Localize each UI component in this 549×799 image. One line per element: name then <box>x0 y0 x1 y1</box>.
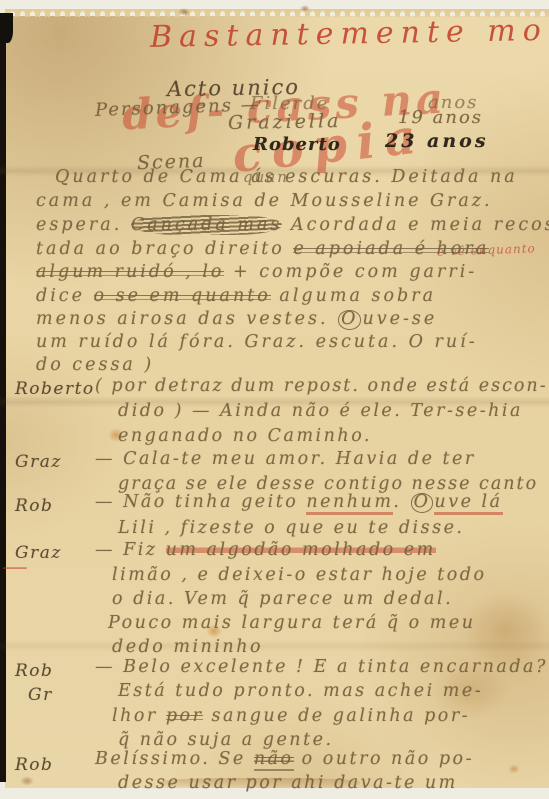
crossed-out-text: e apoiada é hora <box>293 239 489 259</box>
dialogue-line: — Cala-te meu amor. Havia de ter <box>95 449 476 469</box>
dialogue-line: enganado no Caminho. <box>118 426 372 446</box>
dialogue-line: dido ) — Ainda não é ele. Ter-se-hia <box>118 401 523 421</box>
double-crossed-out-text: não <box>254 749 294 769</box>
scan-edge-notch <box>0 13 13 43</box>
dialogue-text: o outro não po- <box>294 749 474 769</box>
red-crossed-out-text: um algodão molhado em <box>166 540 436 560</box>
red-underlined-text: nenhum <box>306 492 393 512</box>
dialogue-line: — Fiz um algodão molhado em <box>95 540 436 560</box>
stage-direction-line: do cessa ) <box>36 355 154 375</box>
speaker-label-gr: Gr <box>28 685 53 705</box>
dialogue-line: desse usar por ahi dava-te um <box>118 773 458 793</box>
stage-text: Acordada e meia recos- <box>291 215 549 235</box>
dialogue-line: Pouco mais largura terá q̃ o meu <box>108 613 476 633</box>
paper-stain <box>20 776 34 786</box>
scribbled-out-text: Cançada mas <box>131 215 283 235</box>
stage-text: + compõe com garri- <box>233 262 477 282</box>
stage-text: dice <box>36 286 85 306</box>
stage-direction-line: dice o se em quanto alguma sobra <box>36 286 436 306</box>
dialogue-line: — Belo excelente ! E a tinta encarnada? <box>95 657 548 677</box>
stage-text: uve-se <box>362 309 437 329</box>
cast-name-roberto: Roberto <box>253 134 341 155</box>
crossed-out-text: algum ruidó , lo <box>36 262 224 282</box>
dialogue-line: ( por detraz dum repost. onde está escon… <box>95 376 548 396</box>
dialogue-line: q̃ não suja a gente. <box>118 730 334 750</box>
stage-text: menos airosa das vestes. <box>36 309 329 329</box>
stage-direction-line: algum ruidó , lo + compõe com garri- <box>36 262 477 282</box>
red-underlined-text: uve lá <box>434 492 502 512</box>
dialogue-line: o dia. Vem q̃ parece um dedal. <box>112 589 453 609</box>
stage-direction-line: tada ao braço direito e apoiada é hora <box>36 239 489 259</box>
manuscript-scan: Bastantemente mo — def- cass na copia e … <box>0 0 549 799</box>
paper-stain <box>178 8 190 16</box>
stage-direction-line: Quarto de Cama ás escuras. Deitada na <box>55 167 518 187</box>
speaker-label-graz: Graz <box>15 452 62 472</box>
crossed-out-text: o se em quanto <box>94 286 271 306</box>
speaker-label-rob: Rob <box>15 661 53 681</box>
dialogue-line: limão , e deixei-o estar hoje todo <box>112 565 487 585</box>
dialogue-line: Está tudo pronto. mas achei me- <box>118 681 483 701</box>
stage-text: alguma sobra <box>279 286 436 306</box>
dialogue-text: lhor <box>112 706 166 726</box>
stage-direction-line: cama , em Camisa de Mousseline Graz. <box>36 191 493 211</box>
dialogue-text: . <box>393 492 409 512</box>
dialogue-text: Belíssimo. Se <box>95 749 254 769</box>
speaker-label-rob: Rob <box>15 496 53 516</box>
dialogue-text: — Não tinha geito <box>95 492 306 512</box>
speaker-label-rob: Rob <box>15 755 53 775</box>
cast-age-roberto: 23 anos <box>385 130 489 152</box>
stage-direction-line: um ruído lá fóra. Graz. escuta. O ruí- <box>36 332 478 352</box>
paper-stain <box>300 5 310 12</box>
stage-text: tada ao braço direito <box>36 239 285 259</box>
dialogue-line: dedo mininho <box>112 637 263 657</box>
circled-letter: O <box>411 493 434 513</box>
circled-letter: O <box>338 310 361 330</box>
red-title: Bastantemente mo — <box>150 12 549 55</box>
speaker-label-graz: Graz <box>15 543 62 563</box>
dialogue-line: Belíssimo. Se não o outro não po- <box>95 749 474 769</box>
paper-stain <box>508 764 520 774</box>
stage-text: espera. <box>36 215 122 235</box>
dialogue-line: — Não tinha geito nenhum. Ouve lá <box>95 492 503 513</box>
dialogue-line: Lili , fizeste o que eu te disse. <box>118 518 465 538</box>
dialogue-text: sangue de galinha por- <box>203 706 470 726</box>
stage-direction-line: espera. Cançada mas Acordada e meia reco… <box>36 215 549 235</box>
stage-direction-line: menos airosa das vestes. Ouve-se <box>36 309 437 330</box>
dialogue-text: — Fiz <box>95 540 166 560</box>
crossed-out-text: por <box>166 706 204 726</box>
dialogue-line: graça se ele desse contigo nesse canto <box>118 474 538 494</box>
cast-age-graziella: 19 anos <box>398 107 483 128</box>
dialogue-line: lhor por sangue de galinha por- <box>112 706 470 726</box>
cast-name-graziella: Graziella <box>228 110 342 134</box>
speaker-label-roberto: Roberto <box>15 379 95 399</box>
